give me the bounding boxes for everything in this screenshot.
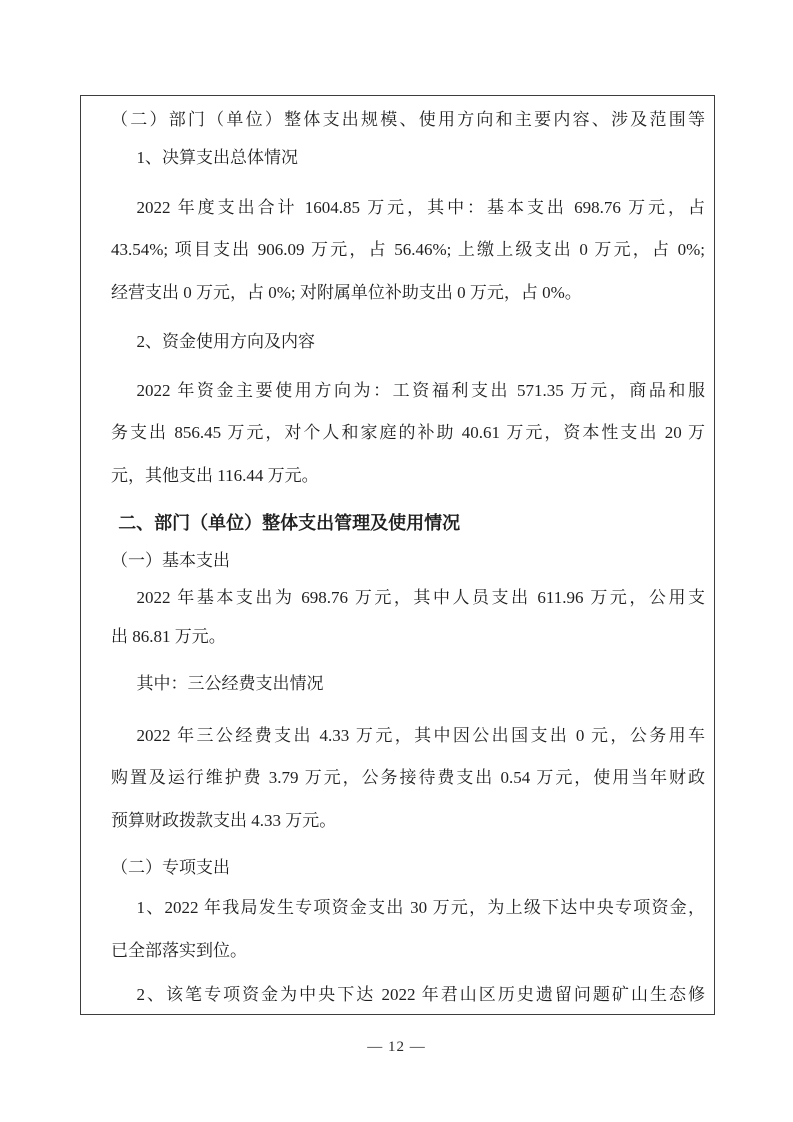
content-border-box: （二）部门（单位）整体支出规模、使用方向和主要内容、涉及范围等 1、决算支出总体… <box>80 95 715 1015</box>
paragraph-line: 2022 年三公经费支出 4.33 万元，其中因公出国支出 0 元，公务用车 <box>111 726 705 746</box>
numbered-heading: 2、资金使用方向及内容 <box>111 332 705 352</box>
paragraph-line: 购置及运行维护费 3.79 万元，公务接待费支出 0.54 万元，使用当年财政 <box>111 768 705 788</box>
paragraph-line: 已全部落实到位。 <box>111 941 705 961</box>
paragraph-line: 务支出 856.45 万元，对个人和家庭的补助 40.61 万元，资本性支出 2… <box>111 423 705 443</box>
paragraph-line: 2、该笔专项资金为中央下达 2022 年君山区历史遗留问题矿山生态修 <box>111 985 705 1005</box>
paragraph-line: 元，其他支出 116.44 万元。 <box>111 466 705 486</box>
sub-heading: （二）部门（单位）整体支出规模、使用方向和主要内容、涉及范围等 <box>111 110 705 130</box>
paragraph-line: 出 86.81 万元。 <box>111 627 705 647</box>
section-heading: 二、部门（单位）整体支出管理及使用情况 <box>111 513 705 533</box>
sub-heading: （一）基本支出 <box>111 551 705 571</box>
sub-heading: （二）专项支出 <box>111 858 705 878</box>
paragraph-line: 2022 年资金主要使用方向为：工资福利支出 571.35 万元，商品和服 <box>111 381 705 401</box>
numbered-heading: 1、决算支出总体情况 <box>111 148 705 168</box>
paragraph-line: 2022 年基本支出为 698.76 万元，其中人员支出 611.96 万元，公… <box>111 588 705 608</box>
page-number: — 12 — <box>367 1039 426 1055</box>
paragraph-line: 预算财政拨款支出 4.33 万元。 <box>111 811 705 831</box>
paragraph-line: 1、2022 年我局发生专项资金支出 30 万元，为上级下达中央专项资金， <box>111 898 705 918</box>
document-page: （二）部门（单位）整体支出规模、使用方向和主要内容、涉及范围等 1、决算支出总体… <box>0 0 793 1122</box>
numbered-heading: 其中：三公经费支出情况 <box>111 674 705 694</box>
paragraph-line: 43.54%; 项目支出 906.09 万元，占 56.46%; 上缴上级支出 … <box>111 240 705 260</box>
paragraph-line: 经营支出 0 万元，占 0%; 对附属单位补助支出 0 万元，占 0%。 <box>111 283 705 303</box>
page-footer: — 12 — <box>0 1038 793 1056</box>
paragraph-line: 2022 年度支出合计 1604.85 万元，其中：基本支出 698.76 万元… <box>111 198 705 218</box>
